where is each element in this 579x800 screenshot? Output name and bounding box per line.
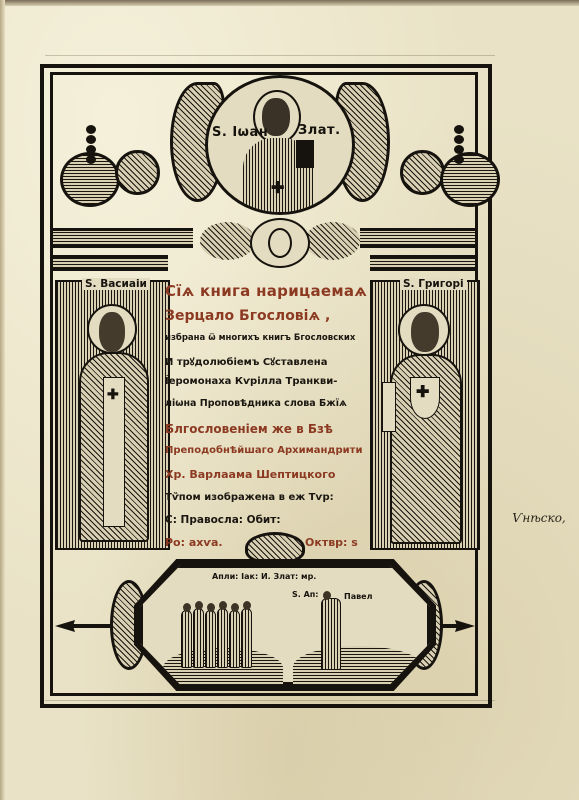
- title-line-5: Їеромонаха Кѵрілла Транкви-: [165, 376, 337, 387]
- title-line-1: Сїѧ книга нарицаемаѧ: [165, 282, 367, 300]
- cartouche-label-apostles: Апли: Іак: И. Злат: мр.: [212, 572, 316, 581]
- left-saint-label: Ѕ. Васиаіи: [82, 278, 150, 290]
- left-entablature: [53, 255, 168, 271]
- imprint-month: Октвр: ѕ: [305, 536, 358, 549]
- title-line-2: Зерцало Бгословіѧ ,: [165, 308, 330, 324]
- apostle-figure: [205, 610, 216, 668]
- blind-ruling-line: [45, 55, 495, 56]
- saint-paul-figure: [321, 598, 341, 670]
- left-finial-ornament: [86, 125, 96, 165]
- saint-head: [99, 312, 125, 352]
- title-line-7: Блгословеніем же в Бзѣ: [165, 422, 333, 436]
- gospel-book-icon: [296, 140, 314, 168]
- cartouche-scene: [140, 565, 430, 685]
- title-line-8: Преподобнѣйшаго Архимандрити: [165, 445, 362, 456]
- cross-icon: ✚: [271, 178, 284, 197]
- right-saint-panel: ✚: [370, 280, 480, 550]
- right-volute-ornament: [440, 152, 500, 207]
- cartouche-label-left-saint: Ѕ. Ап:: [292, 590, 319, 599]
- title-line-10: Тѷпом изображена в еж Тѵр:: [165, 492, 334, 503]
- saint-basil-figure: ✚: [57, 282, 172, 552]
- cartouche-label-right-saint: Павел: [344, 592, 372, 601]
- saint-gregory-figure: ✚: [372, 282, 482, 552]
- page-left-edge: [0, 0, 5, 800]
- saint-head: [411, 312, 439, 352]
- imprint-year: Ро: ахѵа.: [165, 536, 223, 549]
- apostle-figure: [217, 608, 228, 668]
- cross-icon: ✚: [416, 382, 429, 401]
- right-entablature: [370, 255, 475, 271]
- title-line-3: избрана ѿ многихъ книгъ Бгословских: [165, 333, 355, 343]
- top-medallion: ✚: [205, 75, 355, 215]
- right-scroll-ornament: [400, 150, 445, 195]
- left-scroll-ornament: [115, 150, 160, 195]
- margin-handwritten-note: Ѵнѣско,: [512, 511, 566, 525]
- apostle-figure: [229, 610, 240, 668]
- right-wing-ornament: [305, 222, 360, 260]
- apostle-figure: [241, 608, 252, 668]
- left-saint-panel: ✚: [55, 280, 170, 550]
- right-finial-ornament: [454, 125, 464, 165]
- cross-icon: ✚: [107, 387, 119, 403]
- left-cornice: [53, 228, 193, 248]
- right-saint-label: Ѕ. Григорі: [400, 278, 467, 290]
- scroll-in-hand: [382, 382, 396, 432]
- title-line-6: ліωна Проповѣдника слова Бжїѧ: [165, 398, 347, 409]
- title-line-9: Хр. Варлаама Шептицкого: [165, 468, 335, 481]
- title-line-11: С: Правосла: Обит:: [165, 514, 281, 526]
- page-top-edge: [0, 0, 579, 6]
- apostle-figure: [181, 610, 192, 668]
- cherub-face: [268, 228, 292, 258]
- left-wing-ornament: [200, 222, 255, 260]
- cherub-head: [250, 218, 310, 268]
- apostle-figure: [193, 608, 204, 668]
- right-cornice: [360, 228, 475, 248]
- medallion-label-right: Злат.: [298, 123, 341, 138]
- medallion-label-left: Ѕ. Іωан: [212, 125, 268, 140]
- title-line-4: И трꙋдолюбіемъ Сꙋставлена: [165, 354, 327, 368]
